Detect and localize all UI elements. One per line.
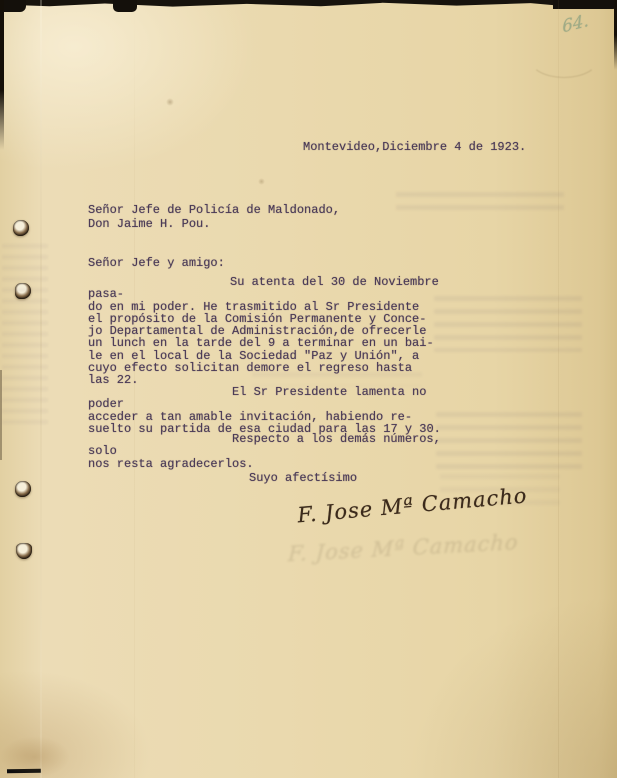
punch-hole — [13, 220, 29, 236]
closing-line: Suyo afectísimo — [249, 472, 357, 484]
paper-stain — [166, 98, 174, 106]
body-paragraph-2: El Sr Presidente lamenta no poder accede… — [88, 386, 460, 435]
dateline: Montevideo,Diciembre 4 de 1923. — [303, 141, 526, 153]
page-number-annotation: 64. — [562, 11, 590, 38]
handwritten-signature: F. Jose Mª Camacho — [296, 483, 537, 528]
punch-hole — [15, 481, 31, 497]
scanned-letter-page: 64. Montevideo,Diciembre 4 de 1923. Seño… — [0, 0, 617, 778]
paper-stain — [258, 178, 265, 185]
scan-edge-blob — [553, 0, 617, 9]
body-paragraph-1: Su atenta del 30 de Noviembre pasa- do e… — [88, 276, 460, 387]
salutation: Señor Jefe y amigo: — [88, 257, 225, 269]
ink-bleedthrough — [396, 192, 564, 218]
paper-crease — [558, 0, 559, 778]
punch-hole — [16, 543, 32, 559]
signature-bleedthrough: F. Jose Mª Camacho — [288, 530, 529, 567]
scan-edge-top — [0, 0, 617, 7]
body-paragraph-3: Respecto a los demás números, solo nos r… — [88, 433, 460, 470]
paper-stain — [0, 736, 70, 778]
ink-bleedthrough — [2, 244, 48, 424]
recipient-block: Señor Jefe de Policía de Maldonado, Don … — [88, 204, 340, 231]
scan-edge-left — [0, 0, 4, 150]
paper-crease-curve — [528, 36, 600, 78]
